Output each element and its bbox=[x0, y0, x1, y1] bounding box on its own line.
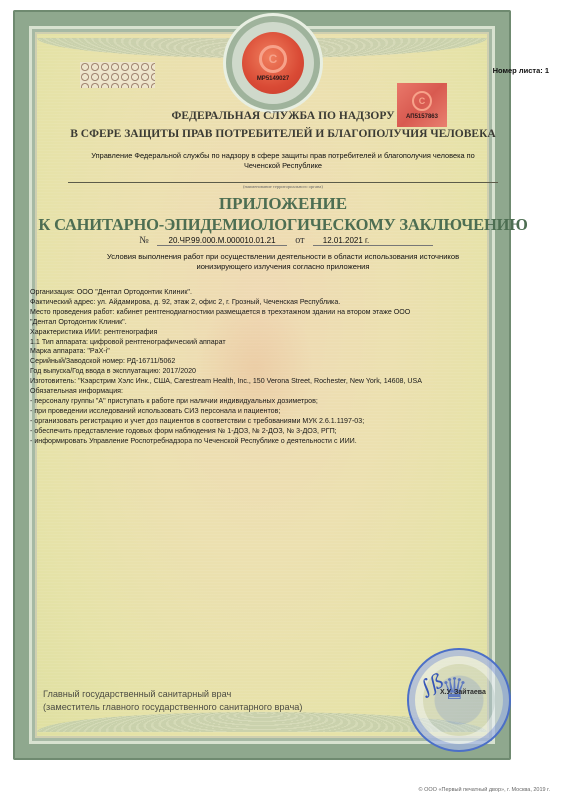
body-line: Изготовитель: "Кэарстрим Хэлс Инк., США,… bbox=[30, 377, 546, 387]
body-line: Организация: ООО "Дентал Ортодонтик Клин… bbox=[30, 288, 546, 298]
agency-line-2: В СФЕРЕ ЗАЩИТЫ ПРАВ ПОТРЕБИТЕЛЕЙ И БЛАГО… bbox=[0, 125, 566, 143]
body-line: - организовать регистрацию и учет доз па… bbox=[30, 417, 546, 427]
body-line: - при проведении исследований использова… bbox=[30, 407, 546, 417]
agency-line-1: ФЕДЕРАЛЬНАЯ СЛУЖБА ПО НАДЗОРУ bbox=[0, 107, 566, 125]
body-line: "Дентал Ортодонтик Клиник". bbox=[30, 318, 546, 328]
body-line: Серийный/Заводской номер: РД-16711/5062 bbox=[30, 357, 546, 367]
signer-position: Главный государственный санитарный врач … bbox=[43, 688, 302, 714]
official-stamp: ♛ bbox=[407, 648, 511, 752]
title-line-2: К САНИТАРНО-ЭПИДЕМИОЛОГИЧЕСКОМУ ЗАКЛЮЧЕН… bbox=[0, 214, 566, 235]
security-pattern bbox=[80, 62, 155, 88]
conditions-line-2: ионизирующего излучения согласно приложе… bbox=[28, 262, 538, 272]
date-label: от bbox=[295, 235, 304, 246]
body-line: Фактический адрес: ул. Айдамирова, д. 92… bbox=[30, 298, 546, 308]
body-line: Марка аппарата: "PaX-i" bbox=[30, 347, 546, 357]
sheet-number: Номер листа: 1 bbox=[493, 66, 549, 75]
document-number: 20.ЧР.99.000.М.000010.01.21 bbox=[157, 236, 287, 246]
publisher-imprint: © ООО «Первый печатный двор», г. Москва,… bbox=[419, 787, 550, 793]
signer-position-line-1: Главный государственный санитарный врач bbox=[43, 688, 302, 701]
department-line-1: Управление Федеральной службы по надзору… bbox=[30, 151, 536, 161]
body-line: 1.1 Тип аппарата: цифровой рентгенографи… bbox=[30, 338, 546, 348]
body-line: Место проведения работ: кабинет рентгено… bbox=[30, 308, 546, 318]
rospotrebnadzor-logo-icon: С bbox=[259, 45, 287, 73]
conditions-heading: Условия выполнения работ при осуществлен… bbox=[28, 252, 538, 272]
department-line-2: Чеченской Республике bbox=[30, 161, 536, 171]
hologram-seal-number: МР5149027 bbox=[257, 76, 289, 82]
conditions-line-1: Условия выполнения работ при осуществлен… bbox=[28, 252, 538, 262]
signer-position-line-2: (заместитель главного государственного с… bbox=[43, 701, 302, 714]
hologram-seal: С МР5149027 bbox=[232, 22, 314, 104]
body-line: Характеристика ИИИ: рентгенография bbox=[30, 328, 546, 338]
department-underline bbox=[68, 182, 498, 183]
document-title: ПРИЛОЖЕНИЕ К САНИТАРНО-ЭПИДЕМИОЛОГИЧЕСКО… bbox=[0, 193, 566, 235]
document-body: Организация: ООО "Дентал Ортодонтик Клин… bbox=[30, 288, 546, 447]
body-line: Год выпуска/Год ввода в эксплуатацию: 20… bbox=[30, 367, 546, 377]
agency-name: ФЕДЕРАЛЬНАЯ СЛУЖБА ПО НАДЗОРУ В СФЕРЕ ЗА… bbox=[0, 107, 566, 143]
document-date: 12.01.2021 г. bbox=[313, 236, 433, 246]
body-line: - обеспечить представление годовых форм … bbox=[30, 427, 546, 437]
body-line: - персоналу группы "А" приступать к рабо… bbox=[30, 397, 546, 407]
department-caption: (наименование территориального органа) bbox=[0, 184, 566, 189]
body-line: Обязательная информация: bbox=[30, 387, 546, 397]
signer-name: Х.У. Зайтаева bbox=[440, 689, 486, 696]
title-line-1: ПРИЛОЖЕНИЕ bbox=[0, 193, 566, 214]
territorial-department: Управление Федеральной службы по надзору… bbox=[30, 151, 536, 171]
document-number-line: № 20.ЧР.99.000.М.000010.01.21 от 12.01.2… bbox=[0, 235, 566, 246]
number-label: № bbox=[139, 235, 149, 246]
body-line: - информировать Управление Роспотребнадз… bbox=[30, 437, 546, 447]
